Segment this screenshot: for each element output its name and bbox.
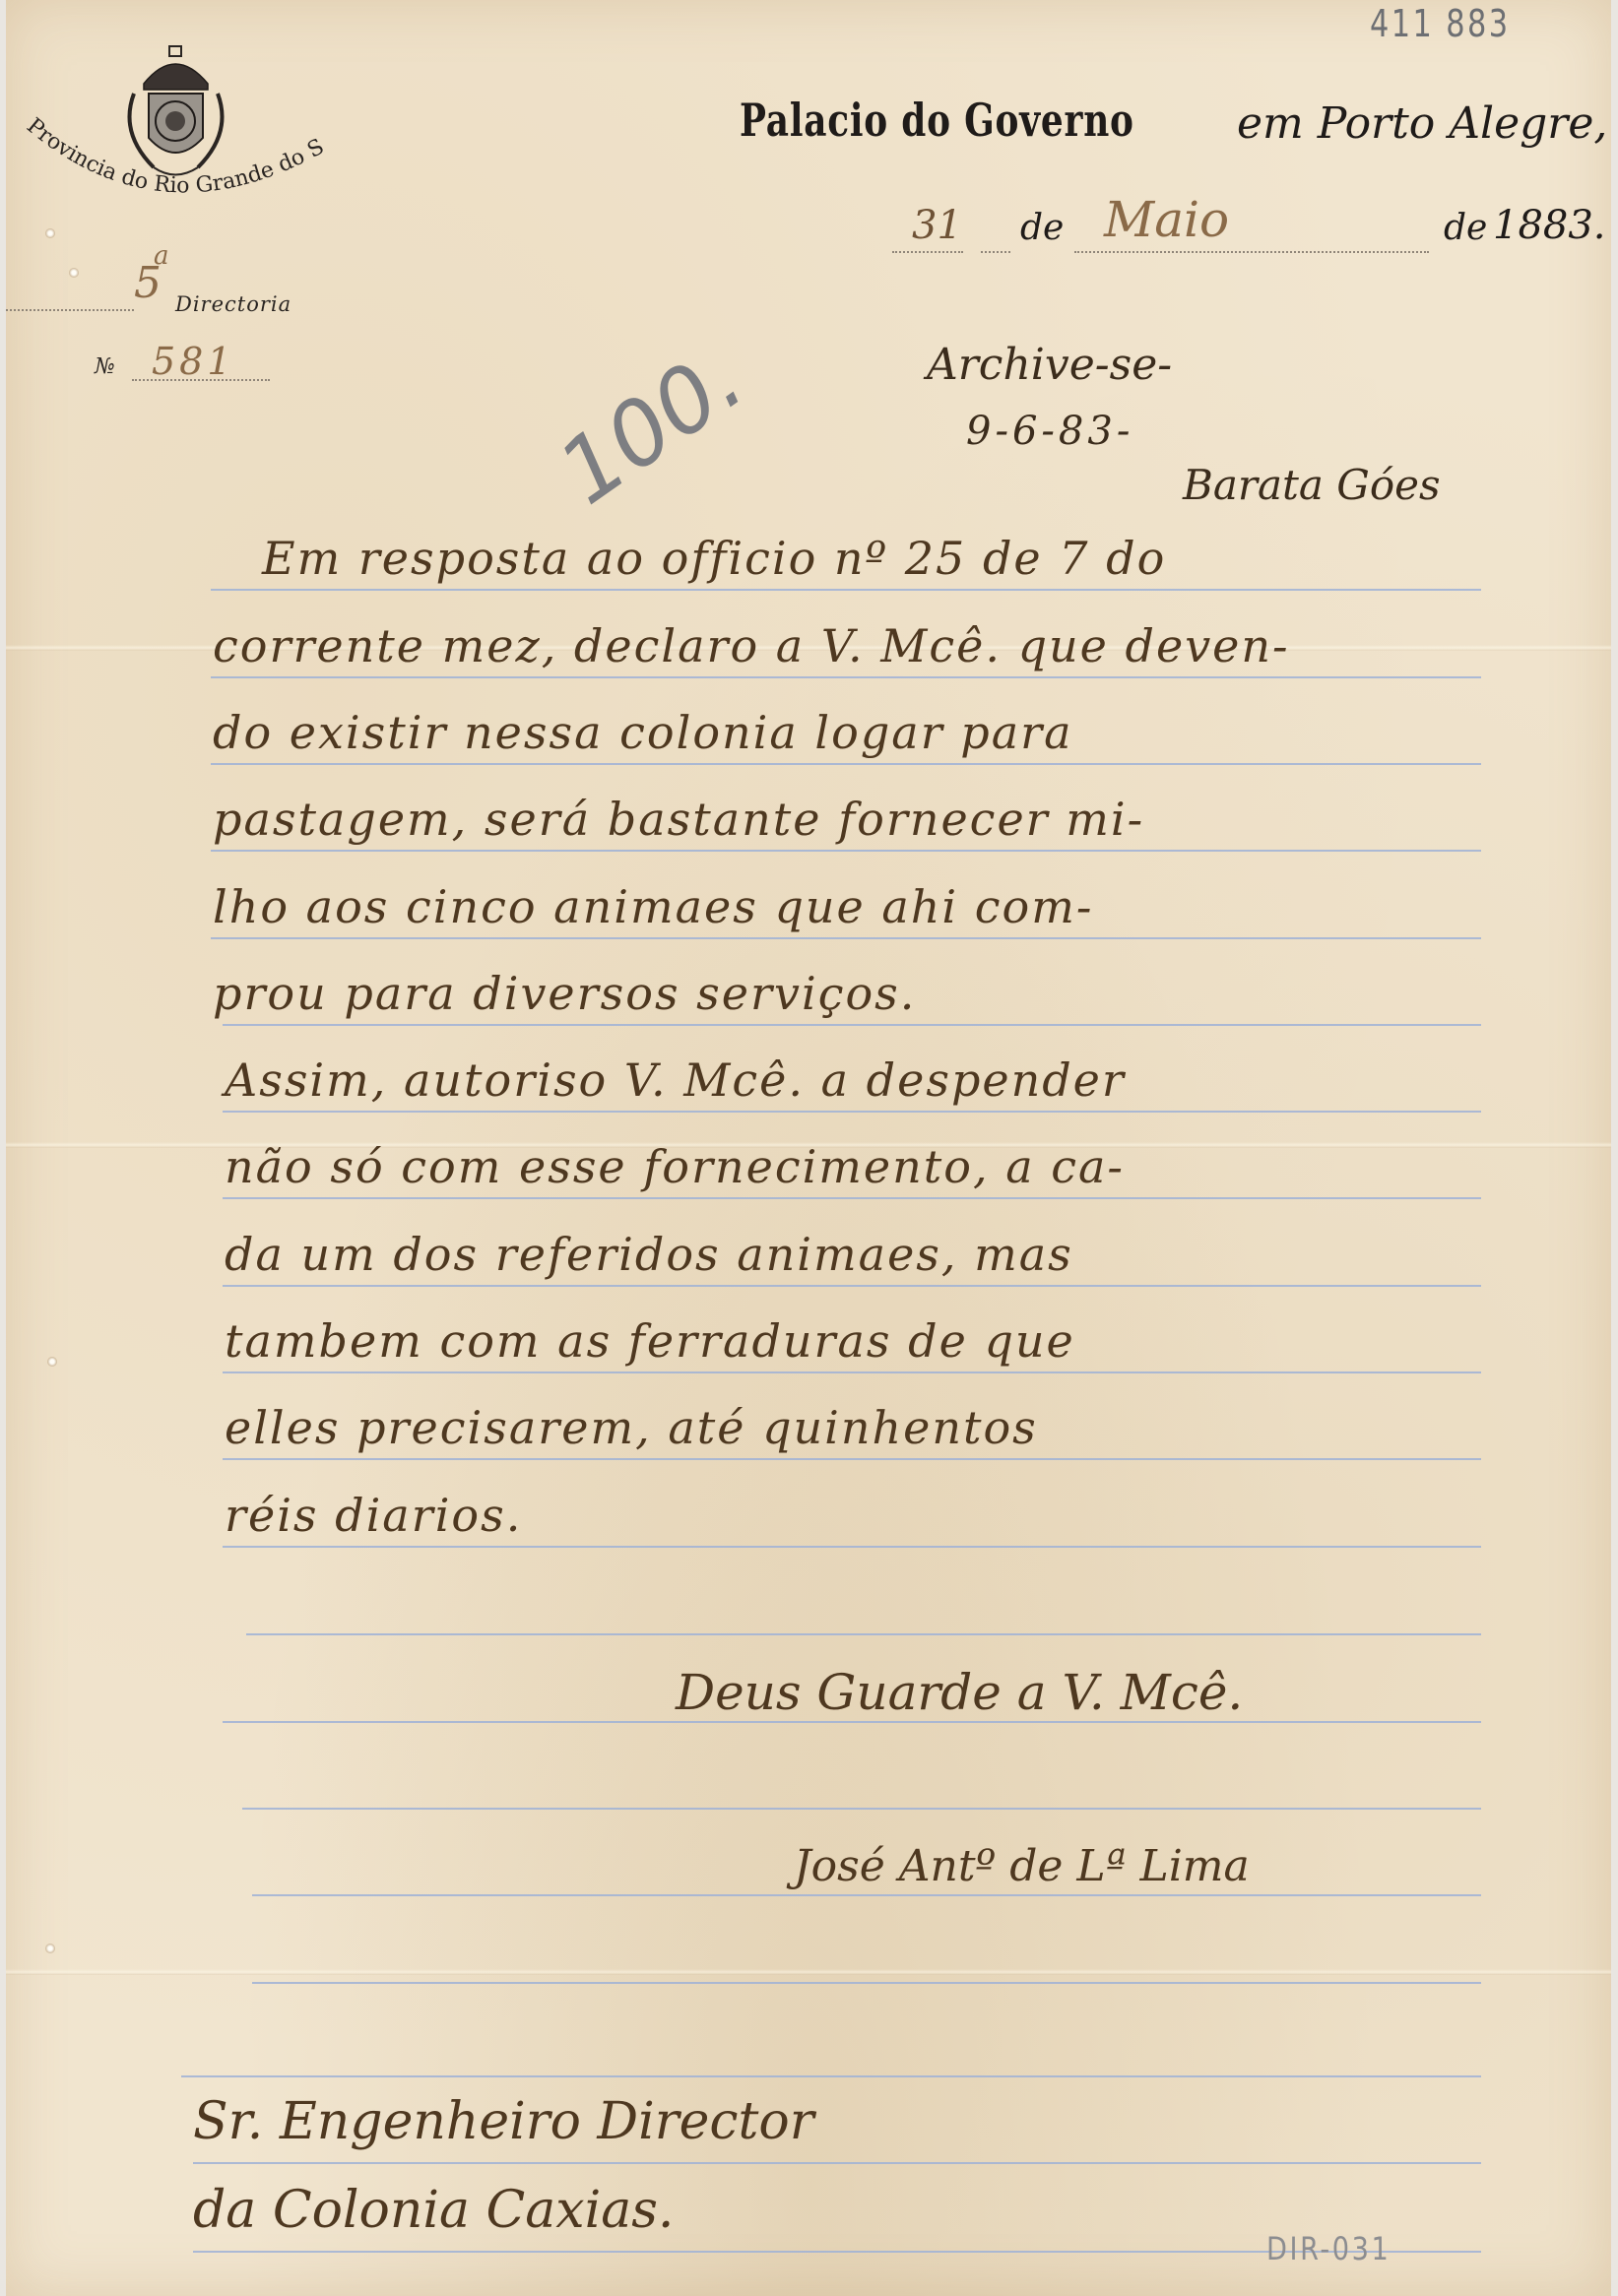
body-line: tambem com as ferraduras de que xyxy=(225,1314,1485,1368)
dotted-line xyxy=(981,251,1010,253)
ruled-line xyxy=(181,2075,1481,2077)
ruled-line xyxy=(223,1546,1481,1548)
annotation-date: 9-6-83- xyxy=(966,409,1133,454)
addressee-title: Sr. Engenheiro Director xyxy=(193,2092,814,2151)
province-heading: Provincia do Rio Grande do Sul. xyxy=(16,108,331,226)
directoria-label: Directoria xyxy=(175,292,291,316)
annotation-signature: Barata Góes xyxy=(1183,461,1441,509)
archive-reference: 411 883 xyxy=(1370,2,1511,45)
body-line: corrente mez, declaro a V. Mcê. que deve… xyxy=(213,619,1473,672)
ruled-line xyxy=(223,1721,1481,1723)
body-line: não só com esse fornecimento, a ca- xyxy=(225,1140,1485,1193)
ruled-line xyxy=(211,676,1481,678)
pinhole xyxy=(69,268,79,278)
ruled-line xyxy=(193,2162,1481,2164)
ruled-line xyxy=(211,763,1481,765)
letterhead-city: em Porto Alegre, xyxy=(1237,98,1607,149)
addressee-colony: da Colonia Caxias. xyxy=(193,2181,674,2240)
date-month: Maio xyxy=(1104,191,1229,248)
body-line: réis diarios. xyxy=(225,1489,1485,1542)
dotted-line xyxy=(132,379,270,381)
signer-signature: José Antº de Lª Lima xyxy=(794,1841,1250,1891)
dotted-line xyxy=(1074,251,1429,253)
body-line: do existir nessa colonia logar para xyxy=(213,706,1473,759)
dotted-line xyxy=(892,251,963,253)
body-line: prou para diversos serviços. xyxy=(213,967,1473,1020)
date-day: 31 xyxy=(912,203,962,248)
ruled-line xyxy=(246,1633,1481,1635)
date-year: 1883. xyxy=(1493,203,1606,248)
pinhole xyxy=(47,1357,57,1367)
body-line: lho aos cinco animaes que ahi com- xyxy=(213,880,1473,933)
date-de-year: de xyxy=(1444,208,1487,248)
closing-salutation: Deus Guarde a V. Mcê. xyxy=(676,1664,1243,1721)
date-de: de xyxy=(1020,208,1064,248)
paper-fold-crease xyxy=(6,1969,1611,1975)
ruled-line xyxy=(211,589,1481,591)
body-line: Assim, autoriso V. Mcê. a despender xyxy=(225,1053,1485,1107)
ruled-line xyxy=(223,1111,1481,1113)
date-line: 31 de Maio de 1883. xyxy=(892,197,1601,256)
pencil-mark: 100. xyxy=(541,327,761,525)
body-line: pastagem, será bastante fornecer mi- xyxy=(213,793,1473,846)
document-number: 581 xyxy=(152,340,235,383)
pinhole xyxy=(45,1944,55,1953)
annotation-archive: Archive-se- xyxy=(927,340,1172,390)
dotted-line xyxy=(6,309,134,311)
ruled-line xyxy=(223,1024,1481,1026)
archive-stamp: DIR-031 xyxy=(1266,2230,1391,2267)
document-page: Provincia do Rio Grande do Sul. 5 a Dire… xyxy=(6,0,1611,2296)
ruled-line xyxy=(252,1982,1481,1984)
ruled-line xyxy=(211,850,1481,852)
ruled-line xyxy=(223,1285,1481,1287)
body-line: Em resposta ao officio nº 25 de 7 do xyxy=(262,532,1522,585)
ruled-line xyxy=(223,1458,1481,1460)
letterhead-title: Palacio do Governo xyxy=(740,94,1134,147)
ruled-line xyxy=(242,1808,1481,1810)
ruled-line xyxy=(223,1371,1481,1373)
ruled-line xyxy=(252,1894,1481,1896)
pinhole xyxy=(45,228,55,238)
body-line: elles precisarem, até quinhentos xyxy=(225,1401,1485,1454)
ruled-line xyxy=(223,1197,1481,1199)
directoria-ordinal: a xyxy=(154,241,169,271)
body-line: da um dos referidos animaes, mas xyxy=(225,1228,1485,1281)
ruled-line xyxy=(211,937,1481,939)
number-label: № xyxy=(95,354,115,379)
